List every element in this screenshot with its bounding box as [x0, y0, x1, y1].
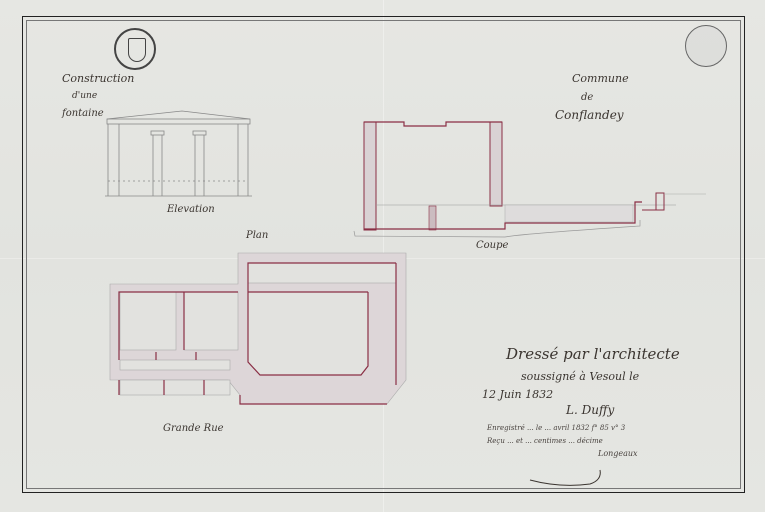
document-sheet: Construction d'une fontaine Commune de C…	[0, 0, 765, 512]
signature-flourish	[0, 0, 765, 512]
